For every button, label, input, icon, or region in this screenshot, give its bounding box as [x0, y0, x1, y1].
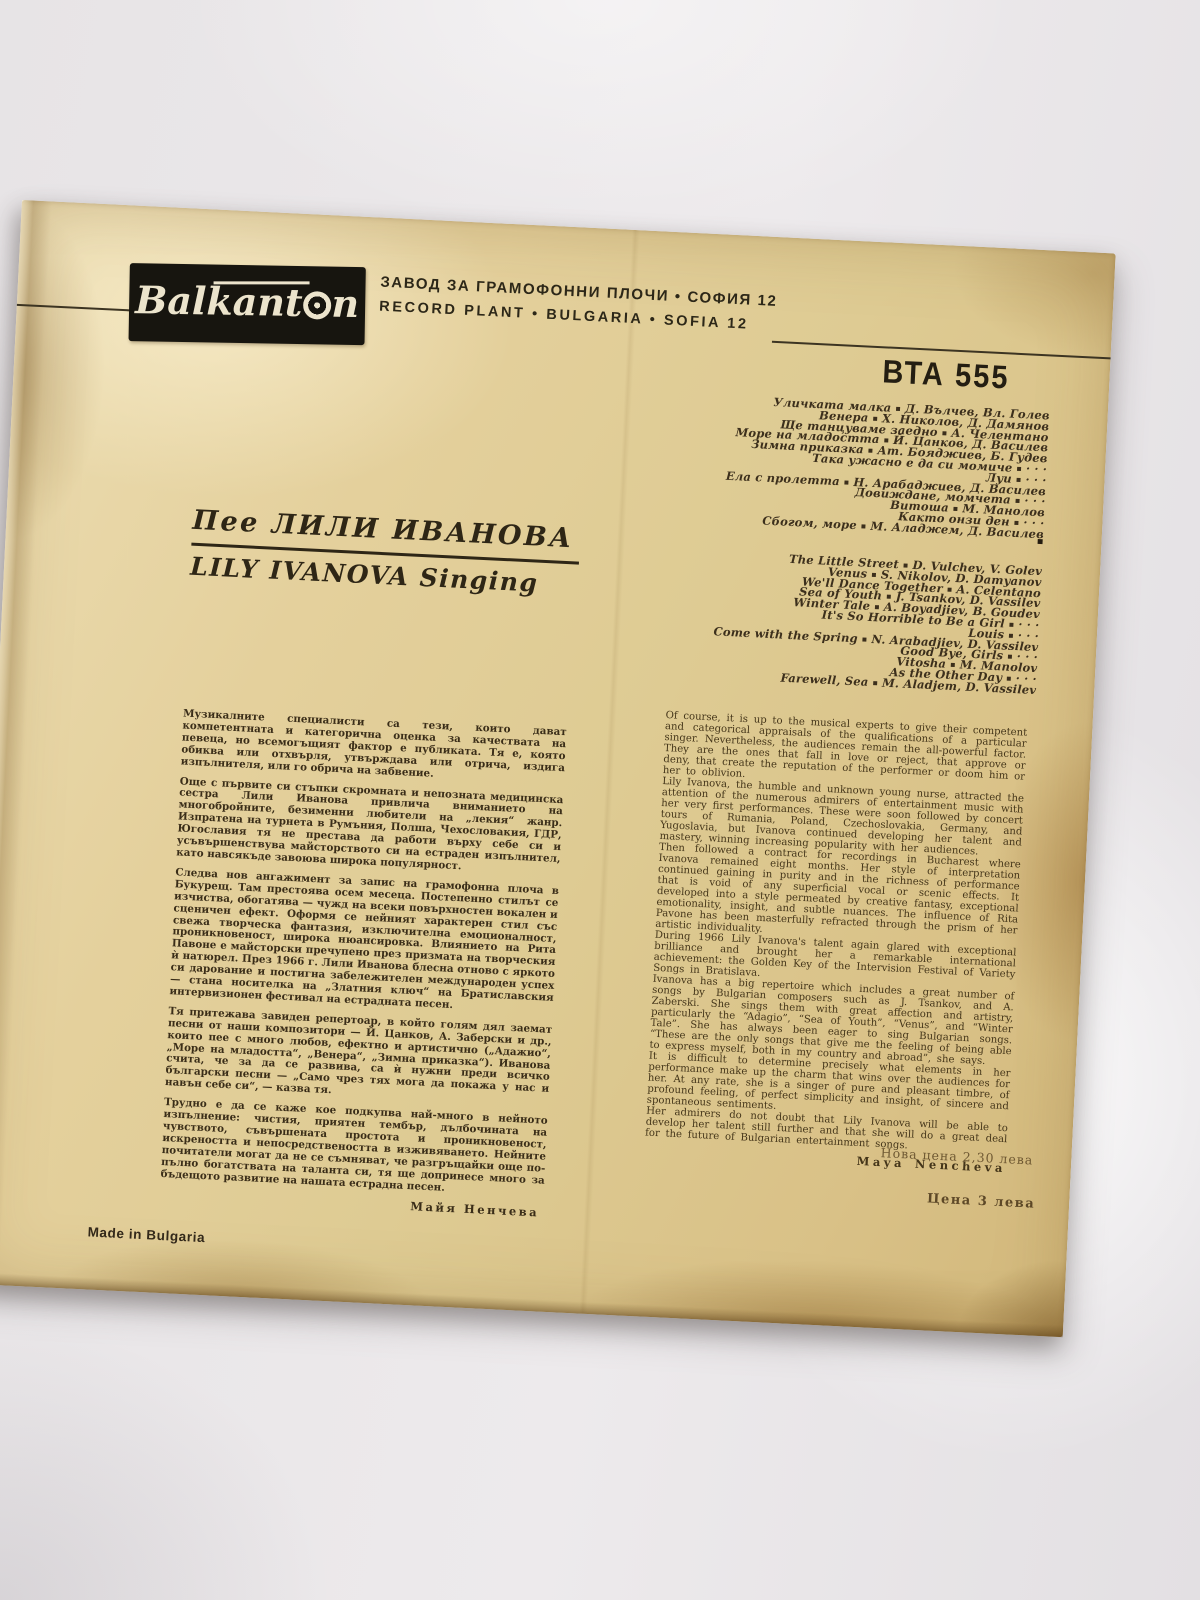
track-separator: ▪	[1012, 463, 1026, 474]
balkanton-logo: Balkantn	[129, 263, 366, 345]
tracklist-bulgarian: Уличката малка▪Д. Вълчев, Вл. Голев Вене…	[724, 395, 1050, 540]
liner-notes-bulgarian: Музикалните специалисти са тези, които д…	[159, 708, 567, 1219]
liner-notes-paragraph: Следва нов ангажимент за запис на грамоф…	[169, 867, 559, 1017]
factory-header: ЗАВОД ЗА ГРАМОФОННИ ПЛОЧИ • СОФИЯ 12 REC…	[379, 274, 778, 334]
track-separator: ▪	[1005, 619, 1019, 630]
track-separator: ▪	[858, 633, 872, 644]
lists-divider-square: ▪	[1036, 536, 1043, 547]
header-rule-left	[17, 304, 135, 312]
track-title: Farewell, Sea	[780, 670, 869, 688]
logo-text: n	[331, 281, 359, 326]
album-title: Пее ЛИЛИ ИВАНОВА LILY IVANOVA Singing	[190, 505, 581, 600]
tracklist-english: The Little Street▪D. Vulchev, V. Golev V…	[711, 550, 1042, 695]
record-disc-icon	[303, 291, 331, 319]
liner-notes-paragraph: Тя притежава завиден репертоар, в който …	[165, 1006, 553, 1108]
record-sleeve-back: Balkantn ЗАВОД ЗА ГРАМОФОННИ ПЛОЧИ • СОФ…	[0, 200, 1116, 1337]
liner-notes-english: Of course, it is up to the musical exper…	[644, 710, 1027, 1174]
catalog-number: ВТА 555	[882, 354, 1011, 397]
liner-notes-paragraph: Трудно е да се каже кое подкупва най-мно…	[160, 1097, 548, 1199]
made-in-label: Made in Bulgaria	[87, 1224, 205, 1245]
logo-bar-decoration	[214, 281, 310, 284]
track-separator: ▪	[857, 520, 871, 531]
track-separator: ▪	[840, 476, 854, 487]
liner-notes-paragraph: Музикалните специалисти са тези, които д…	[180, 708, 566, 786]
photo-of-record-sleeve: { "colors":{ "photo_background":"#e9e6e8…	[0, 0, 1200, 1600]
track-separator: ▪	[868, 677, 882, 688]
liner-notes-paragraph: Още с първите си стъпки скромната и непо…	[176, 776, 564, 878]
price-label: Цена 3 лева	[927, 1191, 1036, 1211]
